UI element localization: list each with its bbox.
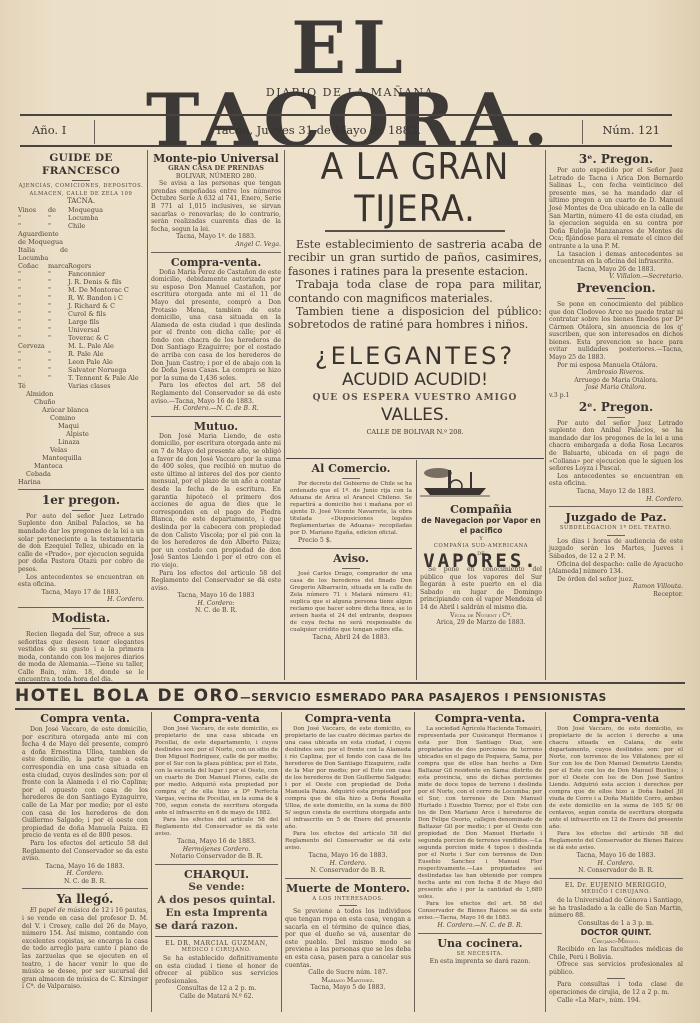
- column-divider: [281, 712, 282, 1012]
- guide-item: ""Fanconnier: [18, 270, 144, 278]
- guide-item-cell: Salvator Noruega: [68, 366, 144, 374]
- guide-city: TACNA.: [18, 198, 144, 206]
- year-label: Año. I: [32, 123, 66, 137]
- guide-item-cell: Vinos: [18, 206, 48, 214]
- cv-b5-signature: H. Cordero.: [549, 860, 683, 868]
- guide-item: Italia de Locumba: [18, 246, 144, 262]
- guzman-subtitle: MÉDICO I CIRUJANO.: [155, 947, 278, 955]
- prevencion-sig2: José Maria Otálora.: [549, 384, 683, 392]
- guide-item-cell: ": [48, 222, 68, 230]
- cv-b2-title: Compra-venta: [155, 712, 278, 726]
- aviso-title: Aviso.: [290, 552, 412, 566]
- guide-stair-item: Velas: [18, 446, 144, 454]
- cv-b3-body: Don José Vaccaro, de este domicilio, es …: [285, 726, 411, 831]
- guide-item-cell: Cerveza: [18, 342, 68, 350]
- comercio-price: Precio 5 $.: [290, 537, 412, 545]
- yallego-body-italic: El papel de música: [30, 907, 90, 914]
- guide-item-cell: M. De Montorac C: [68, 286, 144, 294]
- guide-stair-item: Mantequilla: [18, 454, 144, 462]
- cocinera-subtitle: SE NECESITA.: [418, 951, 542, 959]
- dateline: Año. I Tacna, Jueves 31 de Mayo de 1883.…: [20, 118, 670, 144]
- ornament-rule: [72, 628, 90, 629]
- guide-item-cell: Toverac & C: [68, 334, 144, 342]
- bottom-col-4: Compra-venta. La sociedad Agrícola Hacie…: [418, 712, 542, 966]
- compraventa-a-signature: H. Cordero.—N. C. de B. R.: [151, 405, 281, 413]
- guide-item-cell: ": [48, 286, 68, 294]
- comercio-body: Por decreto del Gobierno de Chile se ha …: [290, 481, 412, 537]
- cv-b1-office: N. C. de B. R.: [22, 878, 148, 886]
- pregon1-date: Tacna, Mayo 17 de 1883.: [18, 589, 144, 597]
- guide-item-cell: Fanconnier: [68, 270, 144, 278]
- section-rule: [285, 878, 411, 879]
- guide-item-cell: [68, 246, 144, 262]
- guide-item-cell: Varias clases: [68, 382, 144, 390]
- montepio-subtitle: GRAN CASA DE PRENDAS: [151, 165, 281, 173]
- montepio-address: BOLIVAR, NÚMERO 280.: [151, 173, 281, 181]
- guide-item: ""M. De Montorac C: [18, 286, 144, 294]
- guzman-address: Calle de Matará N.º 62.: [155, 993, 278, 1001]
- guide-item-cell: Moquegua: [68, 206, 144, 214]
- guide-item-cell: ": [48, 326, 68, 334]
- ornament-rule: [607, 417, 625, 418]
- section-rule: [286, 458, 544, 459]
- juzgado-body3: De órden del señor juez.: [549, 576, 683, 584]
- mutuo-date: Tacna, Mayo 16 de 1883: [151, 592, 281, 600]
- guide-item: ""Curol & fils: [18, 310, 144, 318]
- mutuo-office: N. C. de B. R.: [151, 607, 281, 615]
- muerte-subtitle: A LOS INTERESADOS.: [285, 896, 411, 904]
- guide-item-cell: Universal: [68, 326, 144, 334]
- prevencion-ref: v.3 p.1: [549, 392, 683, 400]
- cocinera-body: En esta imprenta se dará razon.: [418, 958, 542, 966]
- espera-line: QUE OS ESPERA VUESTRO AMIGO: [288, 393, 542, 403]
- meriggio-body: de la Universidad de Génova i Santiago, …: [549, 897, 683, 920]
- ornament-rule: [342, 478, 360, 479]
- bottom-col-1: Compra venta. Don José Vaccaro, de este …: [22, 712, 148, 991]
- charqui-line3: En esta Imprenta: [155, 907, 278, 920]
- section-rule: [18, 607, 144, 608]
- guide-ad: GUIDE DE FRANCESCO AJENCIAS, COMICIONES,…: [18, 152, 144, 684]
- tijera-p2: Trabaja toda clase de ropa para militar,…: [288, 278, 542, 305]
- guide-item: ""Universal: [18, 326, 144, 334]
- guide-item-cell: Aguardiente de Moquegua: [18, 230, 68, 246]
- muerte-address: Calle de Sucre núm. 187.: [285, 969, 411, 977]
- cv-b1-date: Tacna, Mayo 16 de 1883.: [22, 863, 148, 871]
- guide-item-cell: Chile: [68, 222, 144, 230]
- column-3a: Al Comercio. Por decreto del Gobierno de…: [290, 462, 412, 641]
- guide-item-cell: ": [18, 374, 48, 382]
- cv-b2-signature: Hermójenes Cordero.: [155, 846, 278, 854]
- charqui-line2: A dos pesos quintal.: [155, 894, 278, 907]
- cv-b5-office: N. Conservador de B. R.: [549, 867, 683, 875]
- guide-item: ""Chile: [18, 222, 144, 230]
- section-rule: [155, 936, 278, 937]
- prevencion-body: Se pone en conocimiento del público que …: [549, 301, 683, 362]
- guide-item-cell: ": [18, 278, 48, 286]
- bottom-col-2: Compra-venta Don José Vaccaro, de este d…: [155, 712, 278, 1001]
- guide-item-cell: de: [48, 206, 68, 214]
- guide-item-cell: ": [48, 278, 68, 286]
- montepio-body: Se avisa a las personas que tengan prend…: [151, 180, 281, 233]
- guide-item-cell: ": [48, 350, 68, 358]
- prevencion-title: Prevencion.: [549, 281, 683, 296]
- pregon3-title: 3ᵉ. Pregon.: [549, 152, 683, 167]
- guide-stair-item: Maqui: [18, 422, 144, 430]
- guide-item-cell: ": [18, 294, 48, 302]
- cv-b3-body2: Para los efectos del artículo 58 del Reg…: [285, 831, 411, 852]
- mutuo-signature: H. Cordero:: [151, 600, 281, 608]
- juzgado-body: Los dias i horas de audiencia de este ju…: [549, 538, 683, 561]
- pregon1-title: 1er pregon.: [18, 493, 144, 508]
- muerte-body: Se previene a todos los individuos que t…: [285, 908, 411, 969]
- hotel-tagline: —SERVICIO ESMERADO PARA PASAJEROS I PENS…: [240, 692, 607, 704]
- newspaper-page: EL TACORA. DIARIO DE LA MAÑANA Año. I Ta…: [0, 0, 700, 1023]
- charqui-title: CHARQUI.: [155, 868, 278, 881]
- bottom-col-5: Compra-venta Don José Vaccaro, de este d…: [549, 712, 683, 1004]
- tijera-p3: Tambien tiene a disposicion del público:…: [288, 305, 542, 332]
- pregon2-date: Tacna, Mayo 12 de 1883.: [549, 488, 683, 496]
- guide-item-cell: ": [18, 350, 48, 358]
- quint-body3: Para consultas i toda clase de operacion…: [549, 981, 683, 996]
- ornament-rule: [607, 298, 625, 299]
- acudid-heading: ACUDID ACUDID!: [288, 370, 542, 390]
- guide-item-cell: ": [18, 310, 48, 318]
- modista-title: Modista.: [18, 611, 144, 626]
- guide-product-list: VinosdeMoquegua""Locumba""ChileAguardien…: [18, 206, 144, 390]
- cv-b1-body2: Para los efectos del articulo 58 del Reg…: [22, 840, 148, 863]
- guide-item: ""Large fils: [18, 318, 144, 326]
- muerte-title: Muerte de Montero.: [285, 882, 411, 896]
- guide-item: ""R. W. Bandon i C: [18, 294, 144, 302]
- yallego-body: de 12 i 16 pautas, i se vende en casa de…: [22, 907, 148, 990]
- cv-b3-office: N. Conservador de B. R.: [285, 867, 411, 875]
- pregon1-body: Por auto del señor Juez Letrado Suplente…: [18, 513, 144, 574]
- issue-number: Núm. 121: [602, 123, 660, 137]
- guide-item-cell: ": [48, 358, 68, 366]
- cv-b2-body2: Para los efectos del artículo 58 del Reg…: [155, 817, 278, 838]
- tijera-p1: Este establecimiento de sastreria acaba …: [288, 238, 542, 278]
- compania-signature: Viuda de Nugent i Cª.: [420, 612, 542, 620]
- guide-item: ""J. R. Denis & fils: [18, 278, 144, 286]
- ornament-rule: [339, 905, 357, 906]
- guide-item-cell: ": [48, 366, 68, 374]
- cv-b5-body2: Para los efectos del artículo 58 del Reg…: [549, 831, 683, 852]
- guide-item: CervezaM. L. Pale Ale: [18, 342, 144, 350]
- compania-subtitle: de Navegacion por Vapor en el pacifico: [420, 516, 542, 536]
- cv-b5-title: Compra-venta: [549, 712, 683, 726]
- cv-b3-title: Compra-venta: [285, 712, 411, 726]
- guide-item: VinosdeMoquegua: [18, 206, 144, 214]
- guide-item-cell: Leon Pale Ale: [68, 358, 144, 366]
- section-rule: [15, 708, 685, 710]
- vapores-heading: VAPORES.: [420, 558, 542, 566]
- cv-b2-body: Don José Vaccaro, de este domicilio, es …: [155, 726, 278, 817]
- cv-b4-body: La sociedad Agrícola Hacienda Tomasiri, …: [418, 726, 542, 901]
- guide-item-cell: ": [48, 302, 68, 310]
- guide-item-cell: ": [48, 334, 68, 342]
- pregon3-date: Tacna, Mayo 26 de 1883.: [549, 266, 683, 274]
- section-rule: [151, 416, 281, 417]
- guide-item-cell: Curol & fils: [68, 310, 144, 318]
- montepio-signature: Angel C. Vega.: [151, 241, 281, 249]
- prevencion-line1: Por mi esposa Manuela Otálora.: [549, 362, 683, 370]
- juzgado-title: Juzgado de Paz.: [549, 510, 683, 525]
- guide-item-cell: Rogers: [68, 262, 144, 270]
- pregon2-signature: H. Cordero.: [549, 496, 683, 504]
- guide-item-cell: ": [48, 318, 68, 326]
- steamship-icon: [420, 466, 490, 498]
- meriggio-subtitle: MÉDICO I CIRUJANO.: [549, 889, 683, 897]
- ornament-rule: [72, 180, 90, 181]
- compania-ad: Compañia de Navegacion por Vapor en el p…: [420, 462, 542, 627]
- guide-stair-item: Manteca: [18, 462, 144, 470]
- tijera-ad: A LA GRAN TIJERA. Este establecimiento d…: [288, 150, 542, 436]
- guide-item-cell: ": [18, 366, 48, 374]
- guide-stair-item: Harina: [18, 478, 144, 486]
- ornament-rule: [607, 535, 625, 536]
- mutuo-title: Mutuo.: [151, 420, 281, 433]
- divider: [582, 120, 583, 144]
- juzgado-body2: Oficina del despacho: calle de Ayacucho …: [549, 561, 683, 576]
- compraventa-a-title: Compra-venta.: [151, 256, 281, 269]
- section-rule: [15, 682, 685, 684]
- guide-stair-item: Almidon: [18, 390, 144, 398]
- pregon1-signature: H. Cordero.: [18, 596, 144, 604]
- guzman-hours: Consultas de 12 a 2 p. m.: [155, 985, 278, 993]
- pregon2-body2: Los antecedentes se encuentran en esta o…: [549, 473, 683, 488]
- cv-b3-date: Tacna, Mayo 16 de 1883.: [285, 852, 411, 860]
- guide-item: ""Toverac & C: [18, 334, 144, 342]
- section-rule: [151, 252, 281, 253]
- guide-stair-item: Linaza: [18, 438, 144, 446]
- column-divider: [545, 150, 546, 680]
- hotel-name: HOTEL BOLA DE ORO: [15, 686, 240, 706]
- montepio-date: Tacna, Mayo 1º. de 1883.: [151, 233, 281, 241]
- guide-item-cell: ": [48, 294, 68, 302]
- elegantes-heading: ¿ELEGANTES?: [288, 342, 542, 370]
- guide-item-cell: ": [48, 270, 68, 278]
- guide-item-cell: T. Tennent & Pale Ale: [68, 374, 144, 382]
- guide-item-cell: ": [18, 286, 48, 294]
- guide-item: TéVarias clases: [18, 382, 144, 390]
- cv-b2-date: Tacna, Mayo 16 de 1883.: [155, 838, 278, 846]
- guide-item-cell: [68, 230, 144, 246]
- guzman-body: Se ha establecido definitivamente en est…: [155, 955, 278, 985]
- guide-item: ""J. Richard & C: [18, 302, 144, 310]
- cocinera-title: Una cocinera.: [418, 937, 542, 951]
- guide-item-cell: ": [18, 222, 48, 230]
- section-rule: [155, 864, 278, 865]
- guide-stair-item: Chuño: [18, 398, 144, 406]
- tijera-address: CALLE DE BOLIVAR N.º 208.: [288, 428, 542, 436]
- ornament-rule: [607, 978, 625, 979]
- guide-item: ""R. Pale Ale: [18, 350, 144, 358]
- tijera-title: A LA GRAN TIJERA.: [288, 146, 542, 230]
- pregon1-body2: Los antecedentes se encuentran en esta o…: [18, 574, 144, 589]
- guide-item-cell: ": [18, 318, 48, 326]
- section-rule: [22, 888, 148, 889]
- guide-item-cell: R. W. Bandon i C: [68, 294, 144, 302]
- quint-body: Recibido en las facultades médicas de Ch…: [549, 946, 683, 961]
- guide-stair-item: Alpiste: [18, 430, 144, 438]
- guide-item: ""Locumba: [18, 214, 144, 222]
- guide-item-cell: ": [48, 214, 68, 222]
- comercio-title: Al Comercio.: [290, 462, 412, 476]
- cv-b5-date: Tacna, Mayo 16 de 1883.: [549, 852, 683, 860]
- compania-title: Compañia: [420, 503, 542, 516]
- guide-item-cell: ": [18, 302, 48, 310]
- quint-subtitle: Cirujano-Médico.: [549, 938, 683, 946]
- cv-b1-body: Don José Vaccaro, de este domicilio, por…: [22, 726, 148, 840]
- compraventa-a-body: Doña Maria Perez de Castañon de este dom…: [151, 269, 281, 383]
- guide-item-cell: J. Richard & C: [68, 302, 144, 310]
- charqui-line4: se dará razon.: [155, 920, 278, 933]
- pregon2-body: Por auto del señor Juez Letrado suplente…: [549, 420, 683, 473]
- mutuo-body2: Para los efectos del articulo 58 del Reg…: [151, 570, 281, 593]
- guide-item: ""Salvator Noruega: [18, 366, 144, 374]
- aviso-date: Tacna, Abril 24 de 1883.: [290, 634, 412, 642]
- cv-b4-body2: Para los efectos del art. 58 del Conserv…: [418, 901, 542, 922]
- column-2: Monte-pio Universal GRAN CASA DE PRENDAS…: [151, 152, 281, 615]
- hotel-banner: HOTEL BOLA DE ORO—SERVICIO ESMERADO PARA…: [15, 686, 685, 708]
- column-divider: [416, 460, 417, 680]
- pregon2-title: 2ᵉ. Pregon.: [549, 400, 683, 415]
- muerte-date: Tacna, Mayo 5 de 1883.: [285, 984, 411, 992]
- pregon3-signature: V. Villalon.—Secretario.: [549, 273, 683, 281]
- meriggio-hours: Consultas de 1 a 3 p. m.: [549, 920, 683, 928]
- guide-item-cell: R. Pale Ale: [68, 350, 144, 358]
- cv-b4-title: Compra-venta.: [418, 712, 542, 726]
- section-rule: [549, 506, 683, 507]
- guide-item-cell: ": [18, 214, 48, 222]
- quint-title: DOCTOR QUINT.: [549, 927, 683, 938]
- section-rule: [549, 878, 683, 879]
- cv-b1-title: Compra venta.: [22, 712, 148, 726]
- divider: [94, 120, 95, 144]
- guide-item-cell: ": [18, 334, 48, 342]
- column-4: 3ᵉ. Pregon. Por auto expedido por el Señ…: [549, 152, 683, 599]
- ornament-rule: [342, 568, 360, 569]
- guide-item-cell: Italia de Locumba: [18, 246, 68, 262]
- valles-name: VALLES.: [288, 405, 542, 425]
- guide-stair-item: Azúcar blanca: [18, 406, 144, 414]
- top-rule: [20, 114, 672, 116]
- quint-body2: Ofrece sus servicios profesionales al pú…: [549, 961, 683, 976]
- cv-b1-signature: H. Cordero.: [22, 870, 148, 878]
- juzgado-signature: Ramon Villouta.: [549, 583, 683, 591]
- compraventa-a-body2: Para los efectos del art. 58 del Reglame…: [151, 382, 281, 405]
- mutuo-body: Don José Maria Liendo, de este domicilio…: [151, 433, 281, 570]
- cv-b5-body: Don José Vaccaro, de este domicilio, es …: [549, 726, 683, 831]
- guide-item-cell: ": [48, 310, 68, 318]
- guide-item-cell: Large fils: [68, 318, 144, 326]
- section-rule: [290, 548, 412, 549]
- column-divider: [545, 712, 546, 1012]
- guide-staircase-list: AlmidonChuñoAzúcar blancaCominoMaquiAlpi…: [18, 390, 144, 486]
- cv-b4-signature: H. Cordero.—N. C. de B. R.: [418, 922, 542, 930]
- yallego-title: Ya llegó.: [22, 892, 148, 907]
- ornament-rule: [72, 510, 90, 511]
- cv-b3-signature: H. Cordero.: [285, 860, 411, 868]
- muerte-signature: Mariano Martinez.: [285, 977, 411, 985]
- pregon3-body: Por auto expedido por el Señor Juez Letr…: [549, 167, 683, 251]
- guide-item-cell: ": [18, 326, 48, 334]
- section-rule: [18, 489, 144, 490]
- column-divider: [414, 712, 415, 1012]
- masthead: EL TACORA. DIARIO DE LA MAÑANA Año. I Ta…: [0, 0, 700, 150]
- issue-date: Tacna, Jueves 31 de Mayo de 1883.: [215, 123, 421, 137]
- prevencion-line2: Arruego de Maria Otálora.: [549, 377, 683, 385]
- cv-b2-office: Notario Conservador de B. R.: [155, 853, 278, 861]
- guide-item: ""Leon Pale Ale: [18, 358, 144, 366]
- juzgado-subtitle: SUBDELEGACION 1ª DEL TEATRO.: [549, 525, 683, 533]
- guide-item: ""T. Tennent & Pale Ale: [18, 374, 144, 382]
- guide-item-cell: ": [18, 358, 48, 366]
- section-rule: [418, 933, 542, 934]
- aviso-body: José Carlos Drago, comprador de una casa…: [290, 571, 412, 634]
- guide-title: GUIDE DE FRANCESCO: [18, 152, 144, 178]
- pregon3-body2: La tasacion i demas antecedentes se encu…: [549, 251, 683, 266]
- column-divider: [151, 712, 152, 1012]
- guide-stair-item: Comino: [18, 414, 144, 422]
- charqui-line1: Se vende:: [155, 881, 278, 894]
- guide-item-cell: J. R. Denis & fils: [68, 278, 144, 286]
- guide-item: CoñacmarcaRogers: [18, 262, 144, 270]
- juzgado-role: Receptor.: [549, 591, 683, 599]
- column-divider: [284, 150, 285, 680]
- ornament-rule: [325, 230, 505, 232]
- guide-item-cell: ": [48, 374, 68, 382]
- bottom-col-3: Compra-venta Don José Vaccaro, de este d…: [285, 712, 411, 992]
- guide-item-cell: M. L. Pale Ale: [68, 342, 144, 350]
- guide-item-cell: Coñac: [18, 262, 48, 270]
- column-divider: [147, 150, 148, 680]
- compania-date: Arica, 29 de Marzo de 1883.: [420, 619, 542, 627]
- guide-stair-item: Cebada: [18, 470, 144, 478]
- newspaper-subtitle: DIARIO DE LA MAÑANA: [0, 86, 700, 99]
- guide-item: Aguardiente de Moquegua: [18, 230, 144, 246]
- quint-address: Calle «La Mar», núm. 194.: [549, 997, 683, 1005]
- guide-item-cell: Té: [18, 382, 68, 390]
- modista-body: Recien llegada del Sur, ofrece a sus señ…: [18, 631, 144, 684]
- guide-item-cell: marca: [48, 262, 68, 270]
- compania-body: Se pone en conocimiento del público que …: [420, 566, 542, 612]
- guide-item-cell: ": [18, 270, 48, 278]
- guide-item-cell: Locumba: [68, 214, 144, 222]
- guide-subtitle: AJENCIAS, COMICIONES, DEPOSITOS.: [18, 183, 144, 191]
- prevencion-sig1: Ambrosio Riveros.: [549, 369, 683, 377]
